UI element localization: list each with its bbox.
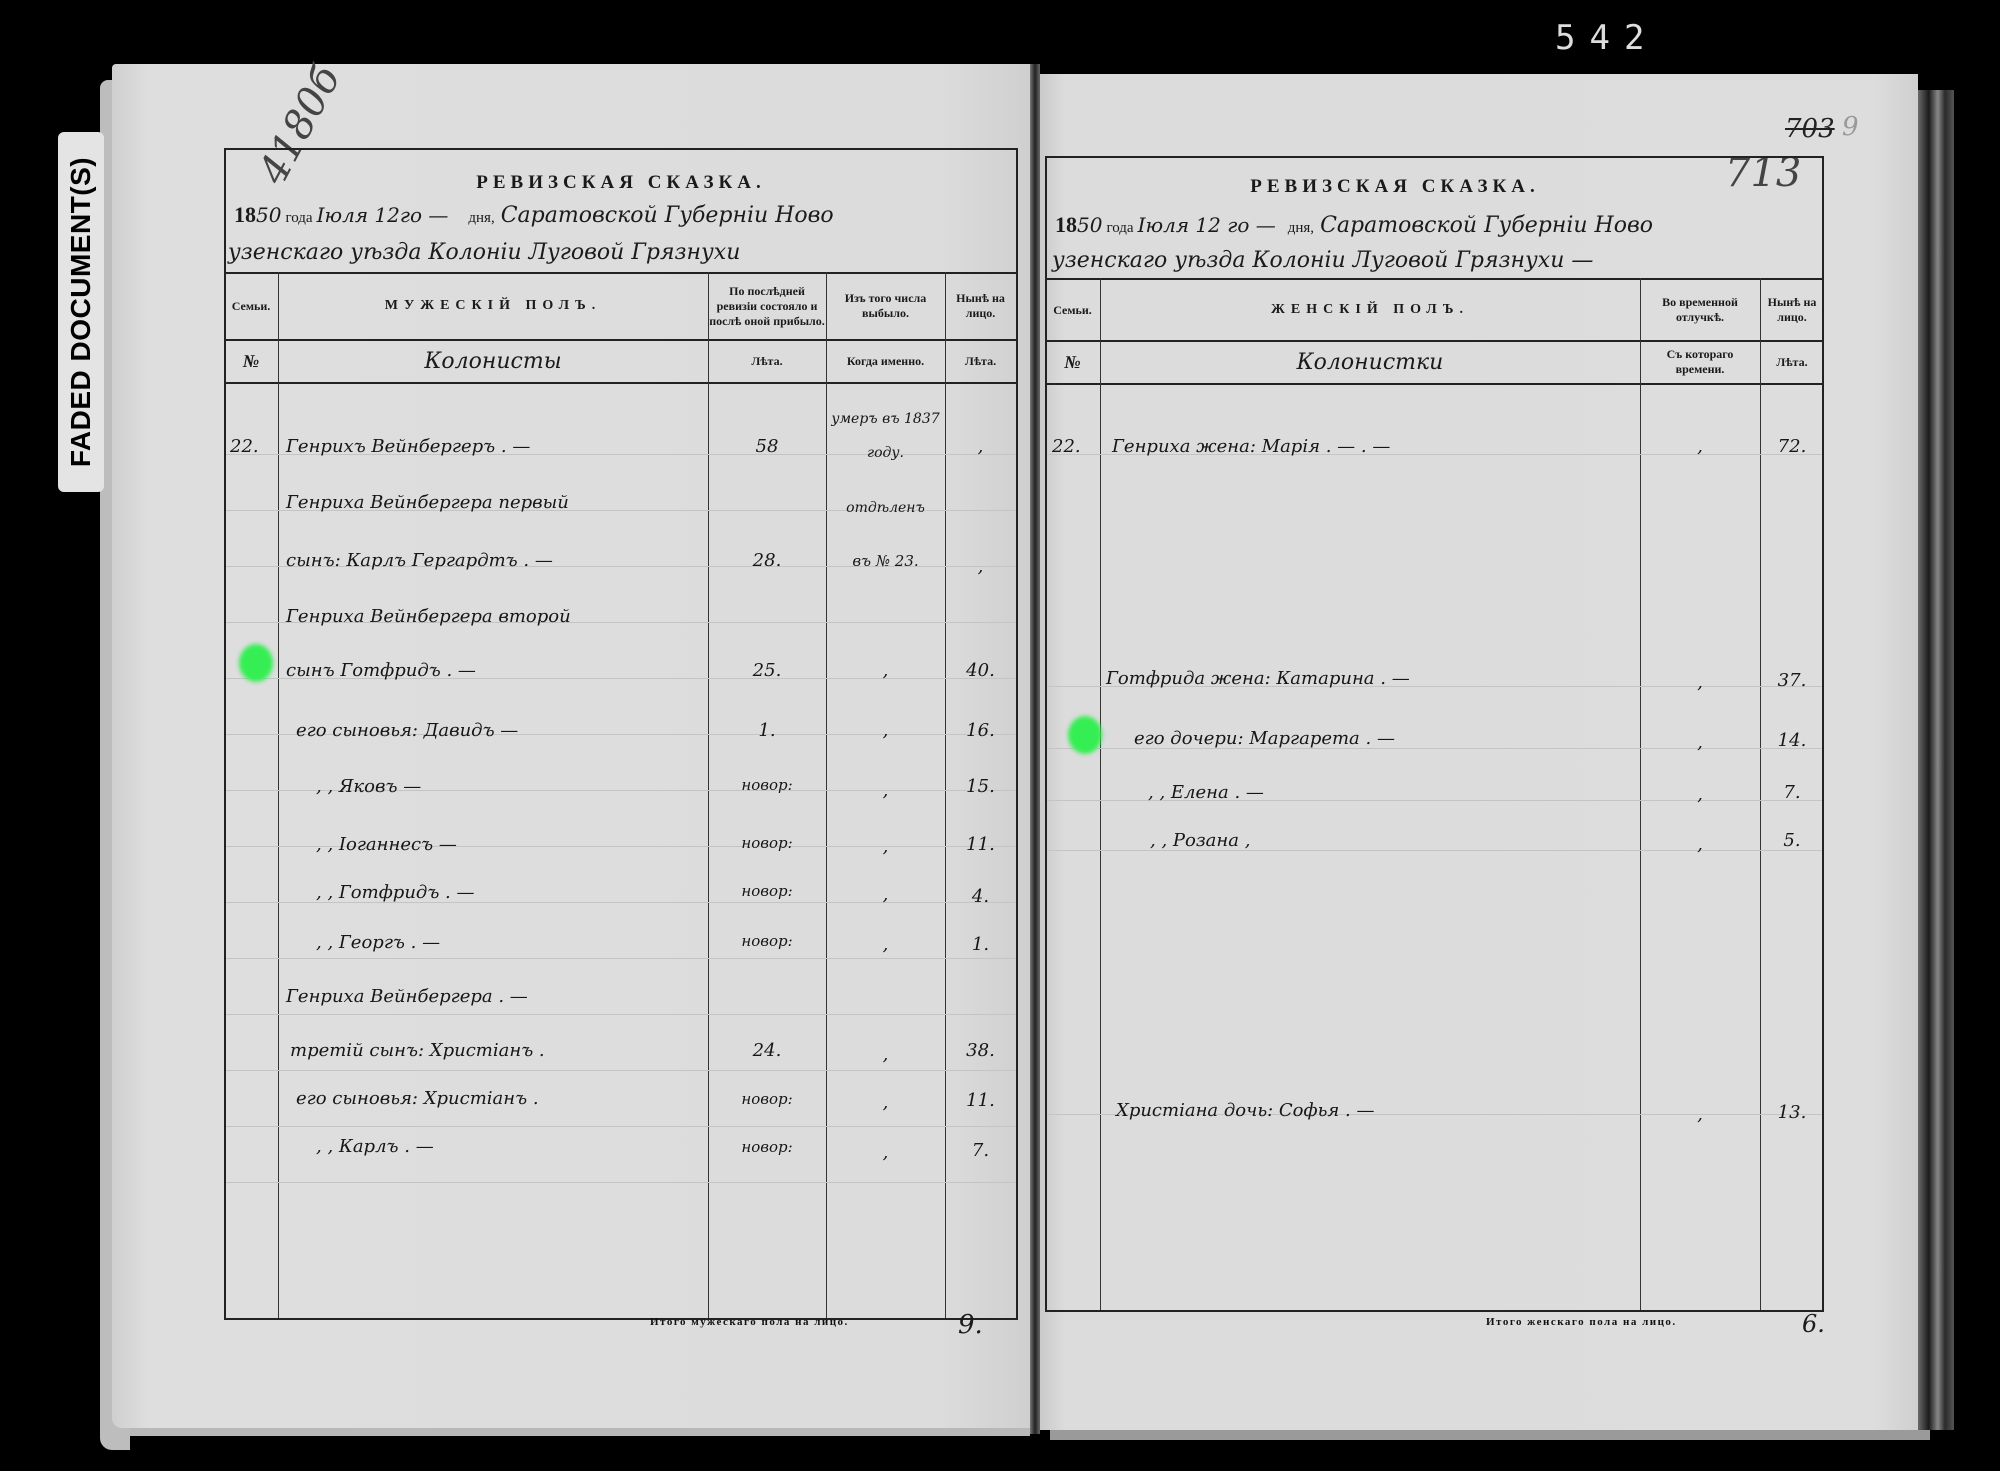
row-when: , xyxy=(826,1092,945,1113)
row-name: Генрихъ Вейнбергеръ . — xyxy=(286,436,530,457)
row-name: Генриха Вейнбергера второй xyxy=(286,606,571,627)
subheader-years: Лѣта. xyxy=(1760,342,1824,382)
row-present: 7. xyxy=(945,1140,1016,1161)
row-present: 72. xyxy=(1760,436,1824,457)
book-spine xyxy=(1030,64,1040,1434)
subheader-years-present: Лѣта. xyxy=(945,341,1016,381)
divider xyxy=(224,382,1018,384)
subheader-number: № xyxy=(224,341,278,381)
row-present: 5. xyxy=(1760,830,1824,851)
faded-document-tag: FADED DOCUMENT(S) xyxy=(58,132,104,492)
row-name: Христіана дочь: Софья . — xyxy=(1116,1100,1375,1121)
left-date-line: 18 50 года Іюля 12го — дня, Саратовской … xyxy=(234,202,1014,232)
row-name: его дочери: Маргарета . — xyxy=(1134,728,1395,749)
subheader-category: Колонистки xyxy=(1100,342,1640,382)
divider xyxy=(1045,383,1824,385)
row-present: 37. xyxy=(1760,670,1824,691)
left-place-line-2: узенскаго уѣзда Колоніи Луговой Грязнухи xyxy=(228,240,740,265)
male-total-label: Итого мужескаго пола на лицо. xyxy=(650,1316,849,1328)
left-title: РЕВИЗСКАЯ СКАЗКА. xyxy=(224,172,1018,194)
green-marker-dot xyxy=(239,644,273,682)
subheader-years: Лѣта. xyxy=(708,341,826,381)
row-present: 11. xyxy=(945,1090,1016,1111)
ruled-line xyxy=(226,1182,1016,1183)
row-present: 13. xyxy=(1760,1102,1824,1123)
row-when: , xyxy=(826,934,945,955)
frame-number: 542 xyxy=(1555,18,1658,58)
row-when: , xyxy=(826,780,945,801)
row-age: новор: xyxy=(708,1138,826,1156)
year-label: года xyxy=(285,210,312,227)
day-label: дня, xyxy=(1288,220,1314,237)
row-present: , xyxy=(945,436,1016,457)
col-family: Семьи. xyxy=(1045,280,1100,340)
col-male-section: МУЖЕСКІЙ ПОЛЪ. xyxy=(278,274,708,338)
row-age: 1. xyxy=(708,720,826,741)
row-name: , , Яковъ — xyxy=(316,776,421,797)
row-age: новор: xyxy=(708,932,826,950)
ruled-line xyxy=(226,1014,1016,1015)
row-absence: , xyxy=(1640,672,1760,693)
row-present: 16. xyxy=(945,720,1016,741)
row-present: 1. xyxy=(945,934,1016,955)
date-hand: Іюля 12го — xyxy=(317,203,449,227)
row-age: 24. xyxy=(708,1040,826,1061)
row-absence: , xyxy=(1640,784,1760,805)
col-temporary-absence: Во временной отлучкѣ. xyxy=(1640,280,1760,340)
male-total-value: 9. xyxy=(958,1310,983,1340)
row-present: 11. xyxy=(945,834,1016,855)
row-when: , xyxy=(826,660,945,681)
row-present: 15. xyxy=(945,776,1016,797)
row-name: , , Карлъ . — xyxy=(316,1136,434,1157)
column-divider xyxy=(278,272,279,1318)
archive-number-crossed: 703 xyxy=(1785,114,1835,144)
row-age: 28. xyxy=(708,550,826,571)
row-when: , xyxy=(826,720,945,741)
row-name: , , Георгъ . — xyxy=(316,932,440,953)
page-edges-right xyxy=(1918,90,1954,1430)
row-age: новор: xyxy=(708,834,826,852)
row-when: , xyxy=(826,836,945,857)
col-present: Нынѣ на лицо. xyxy=(945,274,1016,338)
row-present: 38. xyxy=(945,1040,1016,1061)
subheader-number: № xyxy=(1045,342,1100,382)
subheader-category: Колонисты xyxy=(278,341,708,381)
row-name: его сыновья: Давидъ — xyxy=(296,720,518,741)
date-hand: Іюля 12 го — xyxy=(1138,213,1276,237)
year-prefix: 18 xyxy=(234,202,256,228)
right-title: РЕВИЗСКАЯ СКАЗКА. xyxy=(1045,176,1745,198)
row-name: , , Готфридъ . — xyxy=(316,882,474,903)
year-label: года xyxy=(1106,220,1133,237)
archive-number-faint: 9 xyxy=(1842,112,1859,142)
row-name: Генриха Вейнбергера первый xyxy=(286,492,569,513)
row-name: , , Розана , xyxy=(1150,830,1250,851)
row-name: сынъ Готфридъ . — xyxy=(286,660,476,681)
row-name: Генриха жена: Марія . — . — xyxy=(1112,436,1390,457)
row-present: 4. xyxy=(945,886,1016,907)
row-present: 40. xyxy=(945,660,1016,681)
row-absence: , xyxy=(1640,834,1760,855)
row-age: новор: xyxy=(708,776,826,794)
place-hand-1: Саратовской Губерніи Ново xyxy=(501,203,834,228)
female-total-value: 6. xyxy=(1802,1310,1825,1338)
col-present: Нынѣ на лицо. xyxy=(1760,280,1824,340)
ruled-line xyxy=(226,958,1016,959)
row-absence: , xyxy=(1640,1104,1760,1125)
row-family: 22. xyxy=(230,436,259,457)
row-name: третій сынъ: Христіанъ . xyxy=(290,1040,545,1061)
row-age: 25. xyxy=(708,660,826,681)
row-present: 14. xyxy=(1760,730,1824,751)
row-name: сынъ: Карлъ Гергардтъ . — xyxy=(286,550,553,571)
ruled-line xyxy=(226,1126,1016,1127)
row-when: , xyxy=(826,1044,945,1065)
col-last-revision: По послѣдней ревизіи состояло и послѣ он… xyxy=(708,274,826,338)
col-departed: Изъ того числа выбыло. xyxy=(826,274,945,338)
row-name: Готфрида жена: Катарина . — xyxy=(1106,668,1410,689)
row-age: новор: xyxy=(708,882,826,900)
row-when: въ № 23. xyxy=(826,552,945,570)
row-when: умеръ въ 1837 году. xyxy=(826,402,945,470)
row-name: , , Іоганнесъ — xyxy=(316,834,457,855)
row-absence: , xyxy=(1640,436,1760,457)
row-present: , xyxy=(945,556,1016,577)
ruled-line xyxy=(226,1070,1016,1071)
subheader-when: Когда именно. xyxy=(826,341,945,381)
row-when: , xyxy=(826,1142,945,1163)
row-age: новор: xyxy=(708,1090,826,1108)
female-total-label: Итого женскаго пола на лицо. xyxy=(1486,1316,1677,1328)
row-when: отдѣленъ xyxy=(826,500,945,516)
column-divider xyxy=(708,272,709,1318)
subheader-since-when: Съ котораго времени. xyxy=(1640,342,1760,382)
col-family: Семьи. xyxy=(224,274,278,338)
row-family: 22. xyxy=(1052,436,1081,457)
row-name: Генриха Вейнбергера . — xyxy=(286,986,528,1007)
row-name: , , Елена . — xyxy=(1148,782,1264,803)
row-age: 58 xyxy=(708,436,826,457)
right-place-line-2: узенскаго уѣзда Колоніи Луговой Грязнухи… xyxy=(1052,248,1593,273)
place-hand-1: Саратовской Губерніи Ново xyxy=(1320,213,1653,238)
row-when: , xyxy=(826,884,945,905)
faded-document-label: FADED DOCUMENT(S) xyxy=(65,157,97,467)
row-absence: , xyxy=(1640,732,1760,753)
row-present: 7. xyxy=(1760,782,1824,803)
year-prefix: 18 xyxy=(1055,212,1077,238)
green-marker-dot xyxy=(1068,716,1102,754)
year-hand: 50 xyxy=(256,203,281,227)
right-date-line: 18 50 года Іюля 12 го — дня, Саратовской… xyxy=(1055,212,1815,242)
row-name: его сыновья: Христіанъ . xyxy=(296,1088,539,1109)
day-label: дня, xyxy=(468,210,494,227)
year-hand: 50 xyxy=(1077,213,1102,237)
col-female-section: ЖЕНСКІЙ ПОЛЪ. xyxy=(1100,280,1640,340)
column-divider xyxy=(1100,278,1101,1310)
